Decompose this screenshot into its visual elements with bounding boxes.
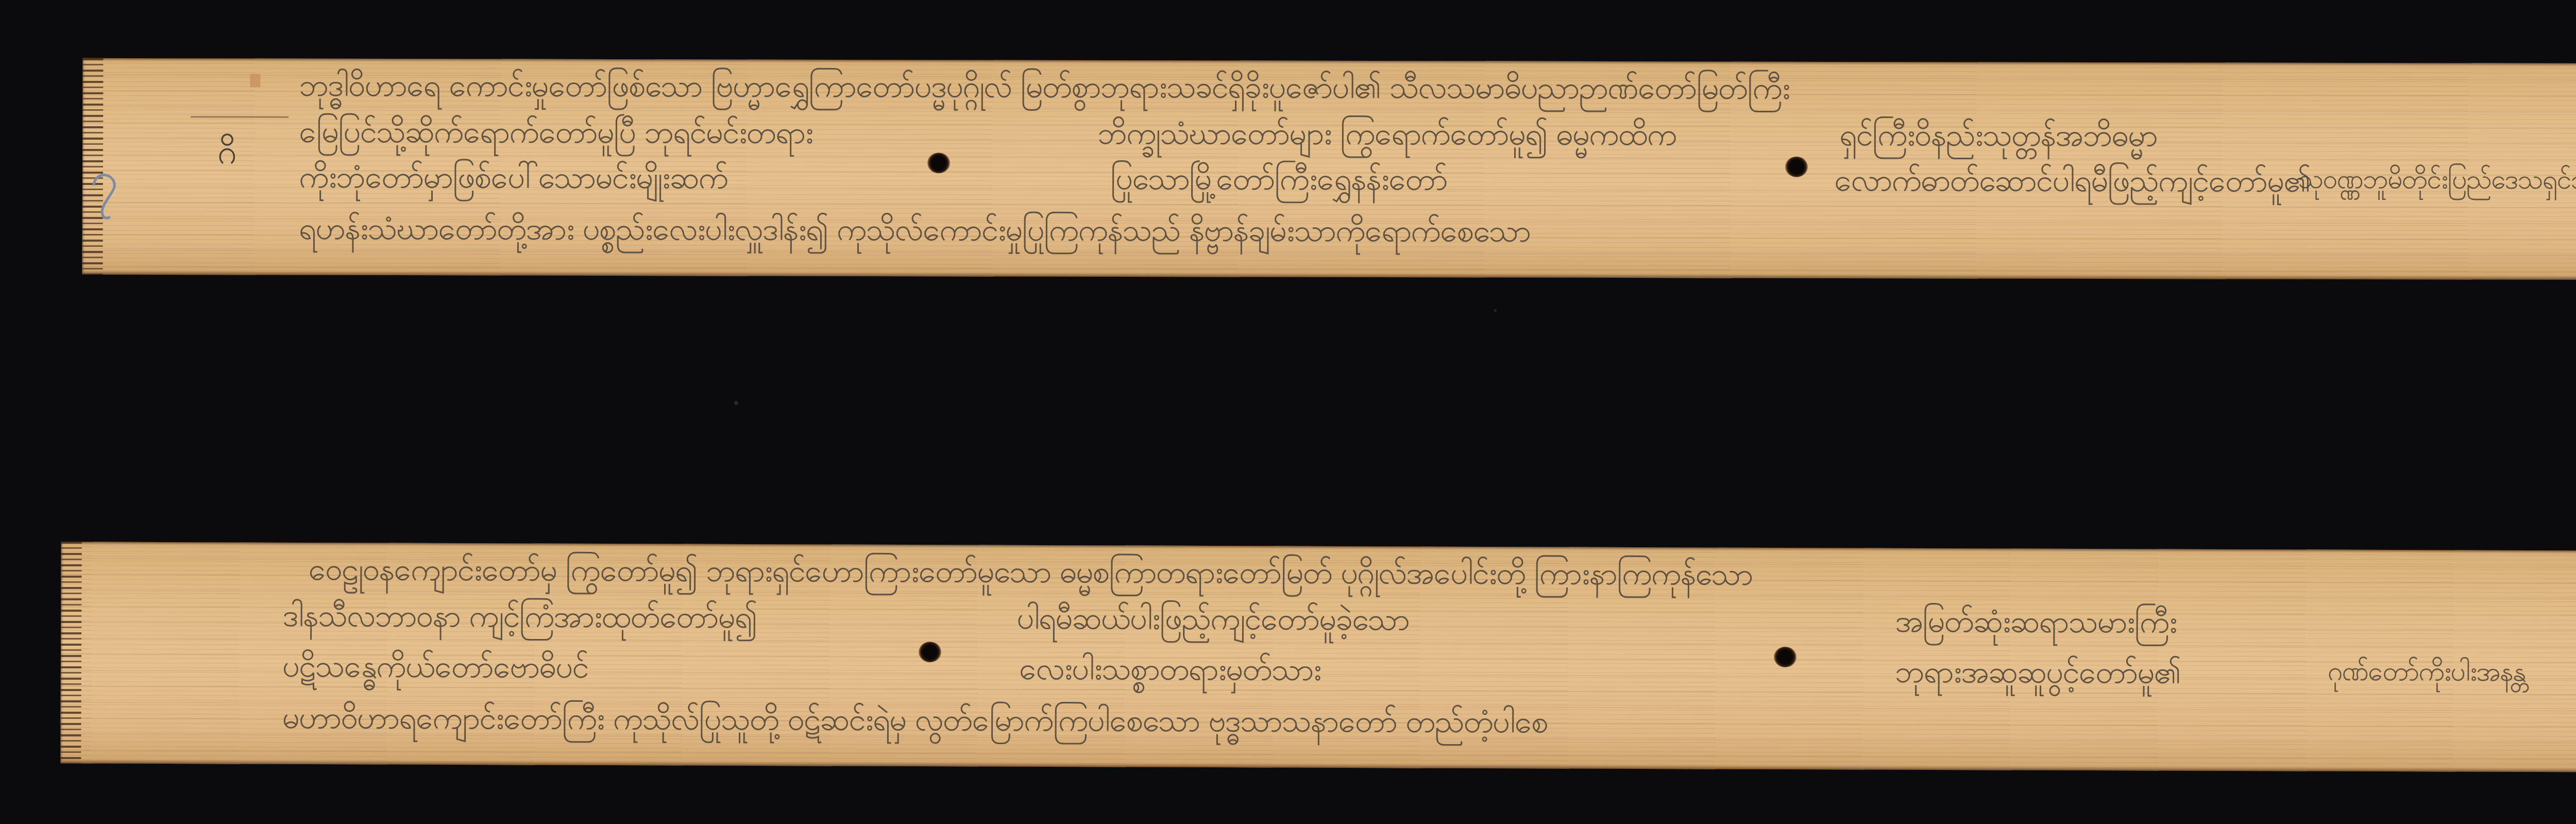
script-line-2c: အမြတ်ဆုံးဆရာသမားကြီး [1895,606,2177,638]
script-line-3b: လေးပါးသစ္စာတရားမှတ်သား [1019,653,1321,685]
script-line-3d: ဂုဏ်တော်ကိုးပါးအနန္တ [2328,658,2526,685]
string-hole-right [1785,157,1808,177]
script-line-3c: ဘုရားအဆူဆူပွင့်တော်မူ၏ [1895,657,2180,688]
string-hole-left [919,642,941,662]
pencil-page-number: ၇ [90,146,119,222]
background-speck [734,401,738,405]
script-line-2b: ဘိက္ခုသံဃာတော်များ ကြွရောက်တော်မူ၍ ဓမ္မက… [1097,118,1676,150]
string-hole-right [1774,647,1797,667]
script-line-3b: ပြုသောမြို့တော်ကြီးရွှေနန်းတော် [1110,163,1447,195]
script-line-4: ရဟန်းသံဃာတော်တို့အား ပစ္စည်းလေးပါးလှူဒါန… [299,213,1531,247]
script-line-2b: ပါရမီဆယ်ပါးဖြည့်ကျင့်တော်မူခဲ့သော [1016,603,1409,635]
script-line-3d: သုဝဏ္ဏဘူမိတိုင်းပြည်ဒေသရှင်ဘုရင် [2298,166,2576,193]
script-line-2c: ရှင်ကြီးဝိနည်းသုတ္တန်အဘိဓမ္မာ [1839,120,2157,151]
palm-leaf-2: ဝေဠုဝနကျောင်းတော်မှ ကြွတော်မူ၍ ဘုရားရှင်… [60,542,2576,772]
script-line-3a: ကိုးဘုံတော်မှာဖြစ်ပေါ်သောမင်းမျိုးဆက် [299,162,727,194]
script-line-4: မဟာဝိဟာရကျောင်းတော်ကြီး ကုသိုလ်ပြုသူတို့… [282,702,1547,738]
script-line-3a: ပဋိသန္ဓေကိုယ်တော်ဗောဓိပင် [282,651,588,683]
palm-leaf-1: ဂိ ၇ ဘုဒ္ဓါဝိဟာရေ ကောင်းမှုတော်ဖြစ်သော ဗ… [82,58,2576,280]
background-speck [1494,309,1497,312]
string-hole-left [927,153,950,173]
script-line-1: ဘုဒ္ဓါဝိဟာရေ ကောင်းမှုတော်ဖြစ်သော ဗြဟ္မာ… [299,70,1789,104]
red-stamp-mark [250,74,260,87]
script-line-1: ဝေဠုဝနကျောင်းတော်မှ ကြွတော်မူ၍ ဘုရားရှင်… [308,554,1752,590]
folio-mark: ဂိ [217,130,237,180]
script-line-3c: လောက်ဓာတ်ဆောင်ပါရမီဖြည့်ကျင့်တော်မူ၏ [1834,165,2310,197]
margin-rule [191,116,289,117]
script-line-2a: မြေပြင်သို့ဆိုက်ရောက်တော်မူပြီ ဘုရင်မင်း… [299,116,812,148]
script-line-2a: ဒါနသီလဘာဝနာ ကျင့်ကြံအားထုတ်တော်မူ၍ [282,600,757,633]
